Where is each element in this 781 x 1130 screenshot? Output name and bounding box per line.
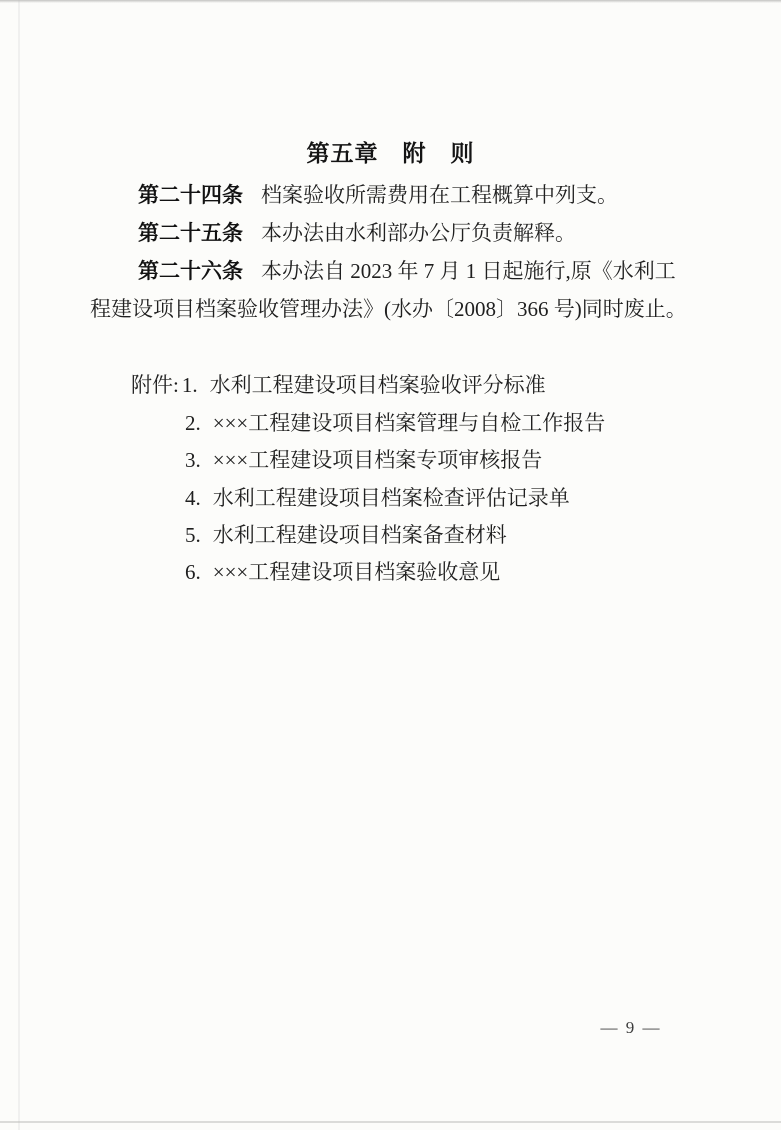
scanned-document-page: 第五章 附 则 第二十四条档案验收所需费用在工程概算中列支。 第二十五条本办法由… xyxy=(0,0,781,1130)
attachments-item-5: 5.水利工程建设项目档案备查材料 xyxy=(131,522,691,548)
attachments-item-3: 3.×××工程建设项目档案专项审核报告 xyxy=(131,447,691,473)
scan-edge-top xyxy=(0,0,781,3)
attachment-3-number: 3. xyxy=(185,448,201,472)
page-number: — 9 — xyxy=(571,1018,691,1038)
article-24-number: 第二十四条 xyxy=(138,184,243,207)
article-26-number: 第二十六条 xyxy=(138,260,243,283)
article-25-text: 本办法由水利部办公厅负责解释。 xyxy=(261,221,576,245)
article-26-line-2: 程建设项目档案验收管理办法》(水办〔2008〕366 号)同时废止。 xyxy=(90,296,691,322)
attachment-1-number: 1. xyxy=(182,373,198,397)
scan-edge-left xyxy=(18,0,20,1130)
attachments-item-4: 4.水利工程建设项目档案检查评估记录单 xyxy=(131,485,691,511)
chapter-title: 第五章 附 则 xyxy=(90,140,691,168)
article-24: 第二十四条档案验收所需费用在工程概算中列支。 xyxy=(90,182,691,209)
article-24-text: 档案验收所需费用在工程概算中列支。 xyxy=(261,183,618,207)
attachment-5-title: 水利工程建设项目档案备查材料 xyxy=(213,523,507,547)
article-26-text-line-1: 本办法自 2023 年 7 月 1 日起施行,原《水利工 xyxy=(261,259,676,283)
article-25-number: 第二十五条 xyxy=(138,222,243,245)
attachment-4-number: 4. xyxy=(185,486,201,510)
attachment-4-title: 水利工程建设项目档案检查评估记录单 xyxy=(213,486,570,510)
attachment-2-title: ×××工程建设项目档案管理与自检工作报告 xyxy=(213,411,606,435)
attachments-item-6: 6.×××工程建设项目档案验收意见 xyxy=(131,559,691,585)
attachment-6-title: ×××工程建设项目档案验收意见 xyxy=(213,560,501,584)
attachment-5-number: 5. xyxy=(185,523,201,547)
article-26-line-1: 第二十六条本办法自 2023 年 7 月 1 日起施行,原《水利工 xyxy=(90,258,691,285)
attachment-2-number: 2. xyxy=(185,411,201,435)
attachments-item-2: 2.×××工程建设项目档案管理与自检工作报告 xyxy=(131,410,691,436)
attachments-label: 附件: xyxy=(131,373,179,397)
attachments-item-1: 附件:1.水利工程建设项目档案验收评分标准 xyxy=(131,372,691,398)
article-25: 第二十五条本办法由水利部办公厅负责解释。 xyxy=(90,220,691,247)
attachment-6-number: 6. xyxy=(185,560,201,584)
scan-edge-bottom xyxy=(0,1121,781,1123)
attachment-1-title: 水利工程建设项目档案验收评分标准 xyxy=(210,373,546,397)
attachment-3-title: ×××工程建设项目档案专项审核报告 xyxy=(213,448,543,472)
